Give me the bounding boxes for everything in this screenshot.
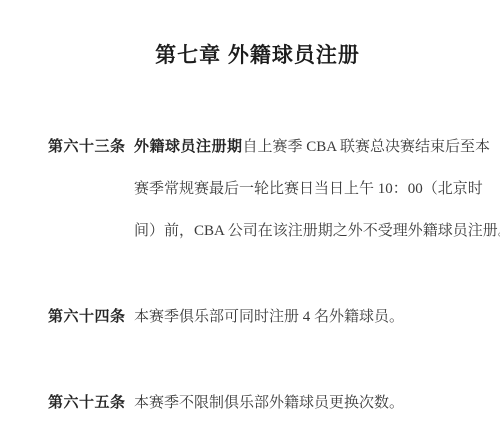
article-63-body: 外籍球员注册期自上赛季 CBA 联赛总决赛结束后至本 赛季常规赛最后一轮比赛日当… bbox=[134, 126, 500, 252]
articles-section: 第六十三条 外籍球员注册期自上赛季 CBA 联赛总决赛结束后至本 赛季常规赛最后… bbox=[0, 126, 500, 424]
article-63-lead: 外籍球员注册期 bbox=[134, 139, 243, 155]
article-64-line-1: 本赛季俱乐部可同时注册 4 名外籍球员。 bbox=[134, 296, 500, 338]
article-63-line-1: 外籍球员注册期自上赛季 CBA 联赛总决赛结束后至本 bbox=[134, 126, 500, 168]
article-63-line-3: 间）前，CBA 公司在该注册期之外不受理外籍球员注册。 bbox=[134, 210, 500, 252]
chapter-title: 第七章 外籍球员注册 bbox=[0, 0, 500, 72]
article-63-number: 第六十三条 bbox=[48, 126, 134, 168]
article-64-body: 本赛季俱乐部可同时注册 4 名外籍球员。 bbox=[134, 296, 500, 338]
article-65-number: 第六十五条 bbox=[48, 382, 134, 424]
article-64: 第六十四条 本赛季俱乐部可同时注册 4 名外籍球员。 bbox=[0, 296, 500, 338]
article-63-line-2: 赛季常规赛最后一轮比赛日当日上午 10：00（北京时 bbox=[134, 168, 500, 210]
document-page: 第七章 外籍球员注册 第六十三条 外籍球员注册期自上赛季 CBA 联赛总决赛结束… bbox=[0, 0, 500, 440]
article-64-number: 第六十四条 bbox=[48, 296, 134, 338]
article-63: 第六十三条 外籍球员注册期自上赛季 CBA 联赛总决赛结束后至本 赛季常规赛最后… bbox=[0, 126, 500, 252]
article-65-line-1: 本赛季不限制俱乐部外籍球员更换次数。 bbox=[134, 382, 500, 424]
article-63-text-1: 自上赛季 CBA 联赛总决赛结束后至本 bbox=[243, 139, 491, 155]
article-65: 第六十五条 本赛季不限制俱乐部外籍球员更换次数。 bbox=[0, 382, 500, 424]
article-65-body: 本赛季不限制俱乐部外籍球员更换次数。 bbox=[134, 382, 500, 424]
